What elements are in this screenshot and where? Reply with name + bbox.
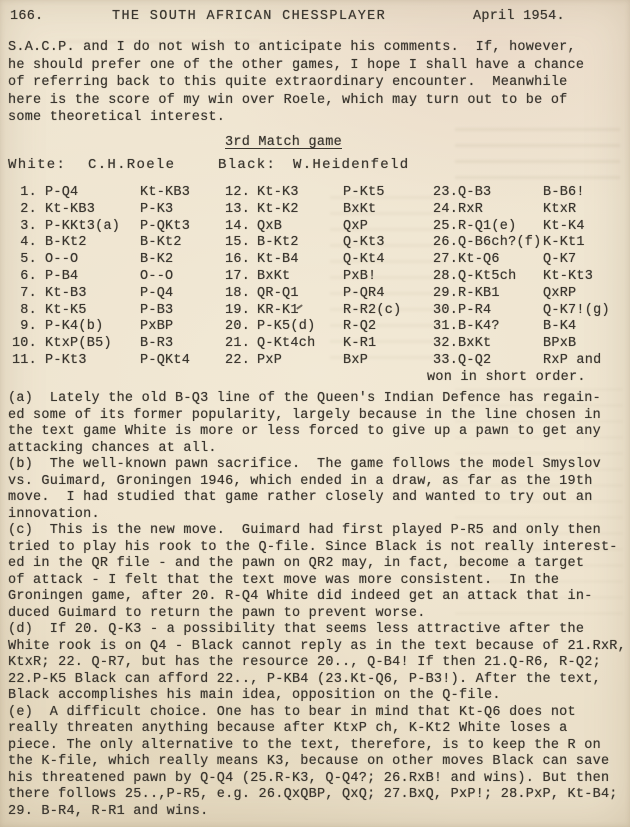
- note-line: Groningen game, after 20. R-Q4 White did…: [8, 589, 626, 606]
- white-move: Kt-Q6: [458, 252, 543, 269]
- white-move: Q-Kt5ch: [458, 269, 543, 286]
- black-move: Kt-KB3: [140, 185, 225, 202]
- black-move: Kt-Kt3: [543, 269, 630, 286]
- note-line: his threatened pawn by Q-Q4 (25.R-K3, Q-…: [8, 771, 626, 788]
- move-number: 13.: [225, 202, 257, 219]
- white-move: QxB: [257, 219, 343, 236]
- note-line: tried to play his rook to the Q-file. Si…: [8, 540, 626, 557]
- white-move: B-Kt2: [45, 235, 140, 252]
- note-line: Black accomplishes his main idea, opposi…: [8, 688, 626, 705]
- journal-title: THE SOUTH AFRICAN CHESSPLAYER: [112, 9, 386, 24]
- intro-line: he should prefer one of the other games,…: [8, 57, 584, 75]
- move-number: 10.: [8, 336, 45, 353]
- move-number: 6.: [8, 269, 45, 286]
- players-line: White: C.H.Roele Black: W.Heidenfeld: [0, 157, 630, 175]
- note-line: 29. B-R4, R-R1 and wins.: [8, 804, 626, 821]
- notes-section: (a) Lately the old B-Q3 line of the Quee…: [8, 391, 626, 820]
- move-number: 18.: [225, 286, 257, 303]
- white-move: Kt-K5: [45, 303, 140, 320]
- black-move: O--O: [140, 269, 225, 286]
- note-line: of attack - I felt that the text move wa…: [8, 573, 626, 590]
- note-line: there follows 25..,P-R5, e.g. 26.QxQBP, …: [8, 787, 626, 804]
- intro-paragraph: S.A.C.P. and I do not wish to anticipate…: [8, 39, 584, 127]
- white-move: QR-Q1: [257, 286, 343, 303]
- note-line: attacking chances at all.: [8, 441, 626, 458]
- black-move: R-R2(c): [343, 303, 433, 320]
- white-move: P-R4: [458, 303, 543, 320]
- white-move: Q-Q2: [458, 353, 543, 370]
- game-result-note: won in short order.: [427, 370, 586, 385]
- white-move: RxR: [458, 202, 543, 219]
- black-move: Q-K7!(g): [543, 303, 630, 320]
- note-line: (c) This is the new move. Guimard had fi…: [8, 523, 626, 540]
- white-move: Q-B6ch?(f): [458, 235, 543, 252]
- white-move: PxP: [257, 353, 343, 370]
- magazine-page: 166. THE SOUTH AFRICAN CHESSPLAYER April…: [0, 0, 630, 827]
- white-move: BxKt: [257, 269, 343, 286]
- move-number: 5.: [8, 252, 45, 269]
- white-move: B-Kt2: [257, 235, 343, 252]
- black-move: B-Kt2: [140, 235, 225, 252]
- move-number: 23.: [433, 185, 458, 202]
- move-number: 31.: [433, 319, 458, 336]
- black-move: K-R1: [343, 336, 433, 353]
- white-move: P-Q4: [45, 185, 140, 202]
- move-number: 19.: [225, 303, 257, 320]
- note-line: White rook is on Q4 - Black cannot reply…: [8, 639, 626, 656]
- black-move: Q-Kt4: [343, 252, 433, 269]
- note-line: innovation.: [8, 507, 626, 524]
- white-move: KtxP(B5): [45, 336, 140, 353]
- white-move: P-KKt3(a): [45, 219, 140, 236]
- white-move: P-Kt3: [45, 353, 140, 370]
- black-move: BxKt: [343, 202, 433, 219]
- white-move: Q-B3: [458, 185, 543, 202]
- move-number: 4.: [8, 235, 45, 252]
- note-line: 22.P-K5 Black can afford 22.., P-KB4 (23…: [8, 672, 626, 689]
- move-number: 11.: [8, 353, 45, 370]
- white-move: R-Q1(e): [458, 219, 543, 236]
- white-move: R-KB1: [458, 286, 543, 303]
- black-move: B-K4: [543, 319, 630, 336]
- white-move: Kt-KB3: [45, 202, 140, 219]
- black-player-name: W.Heidenfeld: [293, 157, 409, 173]
- note-line: ed some of its former popularity, largel…: [8, 408, 626, 425]
- black-move: P-QKt3: [140, 219, 225, 236]
- white-move: Kt-K3: [257, 185, 343, 202]
- intro-line: some theoretical interest.: [8, 109, 584, 127]
- black-move: Q-K7: [543, 252, 630, 269]
- black-move: QxRP: [543, 286, 630, 303]
- black-move: BPxB: [543, 336, 630, 353]
- black-move: P-K3: [140, 202, 225, 219]
- white-label: White:: [8, 157, 66, 173]
- move-number: 21.: [225, 336, 257, 353]
- white-move: Q-Kt4ch: [257, 336, 343, 353]
- white-player-name: C.H.Roele: [88, 157, 175, 173]
- note-c: (c) This is the new move. Guimard had fi…: [8, 523, 626, 622]
- note-line: move. I had studied that game rather clo…: [8, 490, 626, 507]
- black-move: P-QR4: [343, 286, 433, 303]
- note-line: piece. The only alternative to the text,…: [8, 738, 626, 755]
- move-number: 17.: [225, 269, 257, 286]
- move-number: 22.: [225, 353, 257, 370]
- white-move: Kt-B4: [257, 252, 343, 269]
- black-move: Kt-K4: [543, 219, 630, 236]
- black-move: P-QKt4: [140, 353, 225, 370]
- black-move: P-Kt5: [343, 185, 433, 202]
- note-a: (a) Lately the old B-Q3 line of the Quee…: [8, 391, 626, 457]
- note-line: (e) A difficult choice. One has to bear …: [8, 705, 626, 722]
- white-move: BxKt: [458, 336, 543, 353]
- white-move: O--O: [45, 252, 140, 269]
- intro-line: S.A.C.P. and I do not wish to anticipate…: [8, 39, 584, 57]
- note-line: really threaten anything because after K…: [8, 721, 626, 738]
- note-line: (d) If 20. Q-K3 - a possibility that see…: [8, 622, 626, 639]
- black-move: BxP: [343, 353, 433, 370]
- move-number: 30.: [433, 303, 458, 320]
- note-line: (b) The well-known pawn sacrifice. The g…: [8, 457, 626, 474]
- game-title: 3rd Match game: [225, 135, 342, 150]
- white-move: B-K4?: [458, 319, 543, 336]
- move-number: 25.: [433, 219, 458, 236]
- move-number: 3.: [8, 219, 45, 236]
- move-number: 12.: [225, 185, 257, 202]
- black-move: P-Q4: [140, 286, 225, 303]
- move-number: 29.: [433, 286, 458, 303]
- black-move: B-B6!: [543, 185, 630, 202]
- white-move: P-K5(d): [257, 319, 343, 336]
- white-move: Kt-B3: [45, 286, 140, 303]
- black-move: PxBP: [140, 319, 225, 336]
- black-move: P-B3: [140, 303, 225, 320]
- page-number: 166.: [10, 9, 43, 24]
- black-move: Q-Kt3: [343, 235, 433, 252]
- move-number: 24.: [433, 202, 458, 219]
- black-move: K-Kt1: [543, 235, 630, 252]
- move-number: 8.: [8, 303, 45, 320]
- note-line: vs. Guimard, Groningen 1946, which ended…: [8, 474, 626, 491]
- moves-table: 1.P-Q4Kt-KB312.Kt-K3P-Kt523.Q-B3B-B6!2.K…: [8, 185, 630, 370]
- note-line: (a) Lately the old B-Q3 line of the Quee…: [8, 391, 626, 408]
- black-move: B-R3: [140, 336, 225, 353]
- move-number: 2.: [8, 202, 45, 219]
- issue-date: April 1954.: [473, 9, 565, 24]
- move-number: 27.: [433, 252, 458, 269]
- black-move: RxP and: [543, 353, 630, 370]
- move-number: 7.: [8, 286, 45, 303]
- intro-line: here is the score of my win over Roele, …: [8, 92, 584, 110]
- note-e: (e) A difficult choice. One has to bear …: [8, 705, 626, 821]
- move-number: 1.: [8, 185, 45, 202]
- move-number: 16.: [225, 252, 257, 269]
- black-move: KtxR: [543, 202, 630, 219]
- move-number: 9.: [8, 319, 45, 336]
- intro-line: of referring back to this quite extraord…: [8, 74, 584, 92]
- move-number: 26.: [433, 235, 458, 252]
- black-move: B-K2: [140, 252, 225, 269]
- black-move: R-Q2: [343, 319, 433, 336]
- move-number: 15.: [225, 235, 257, 252]
- note-d: (d) If 20. Q-K3 - a possibility that see…: [8, 622, 626, 705]
- note-line: duced Guimard to return the pawn to prev…: [8, 606, 626, 623]
- note-line: the K-file, which really means K3, becau…: [8, 754, 626, 771]
- move-number: 20.: [225, 319, 257, 336]
- note-b: (b) The well-known pawn sacrifice. The g…: [8, 457, 626, 523]
- move-number: 28.: [433, 269, 458, 286]
- note-line: the text game White is more or less forc…: [8, 424, 626, 441]
- black-label: Black:: [218, 157, 276, 173]
- white-move: P-B4: [45, 269, 140, 286]
- note-line: KtxR; 22. Q-R7, but has the resource 20.…: [8, 655, 626, 672]
- white-move: P-K4(b): [45, 319, 140, 336]
- move-number: 32.: [433, 336, 458, 353]
- white-move: Kt-K2: [257, 202, 343, 219]
- black-move: PxB!: [343, 269, 433, 286]
- black-move: QxP: [343, 219, 433, 236]
- move-number: 14.: [225, 219, 257, 236]
- note-line: ed in the QR file - and the pawn on QR2 …: [8, 556, 626, 573]
- move-number: 33.: [433, 353, 458, 370]
